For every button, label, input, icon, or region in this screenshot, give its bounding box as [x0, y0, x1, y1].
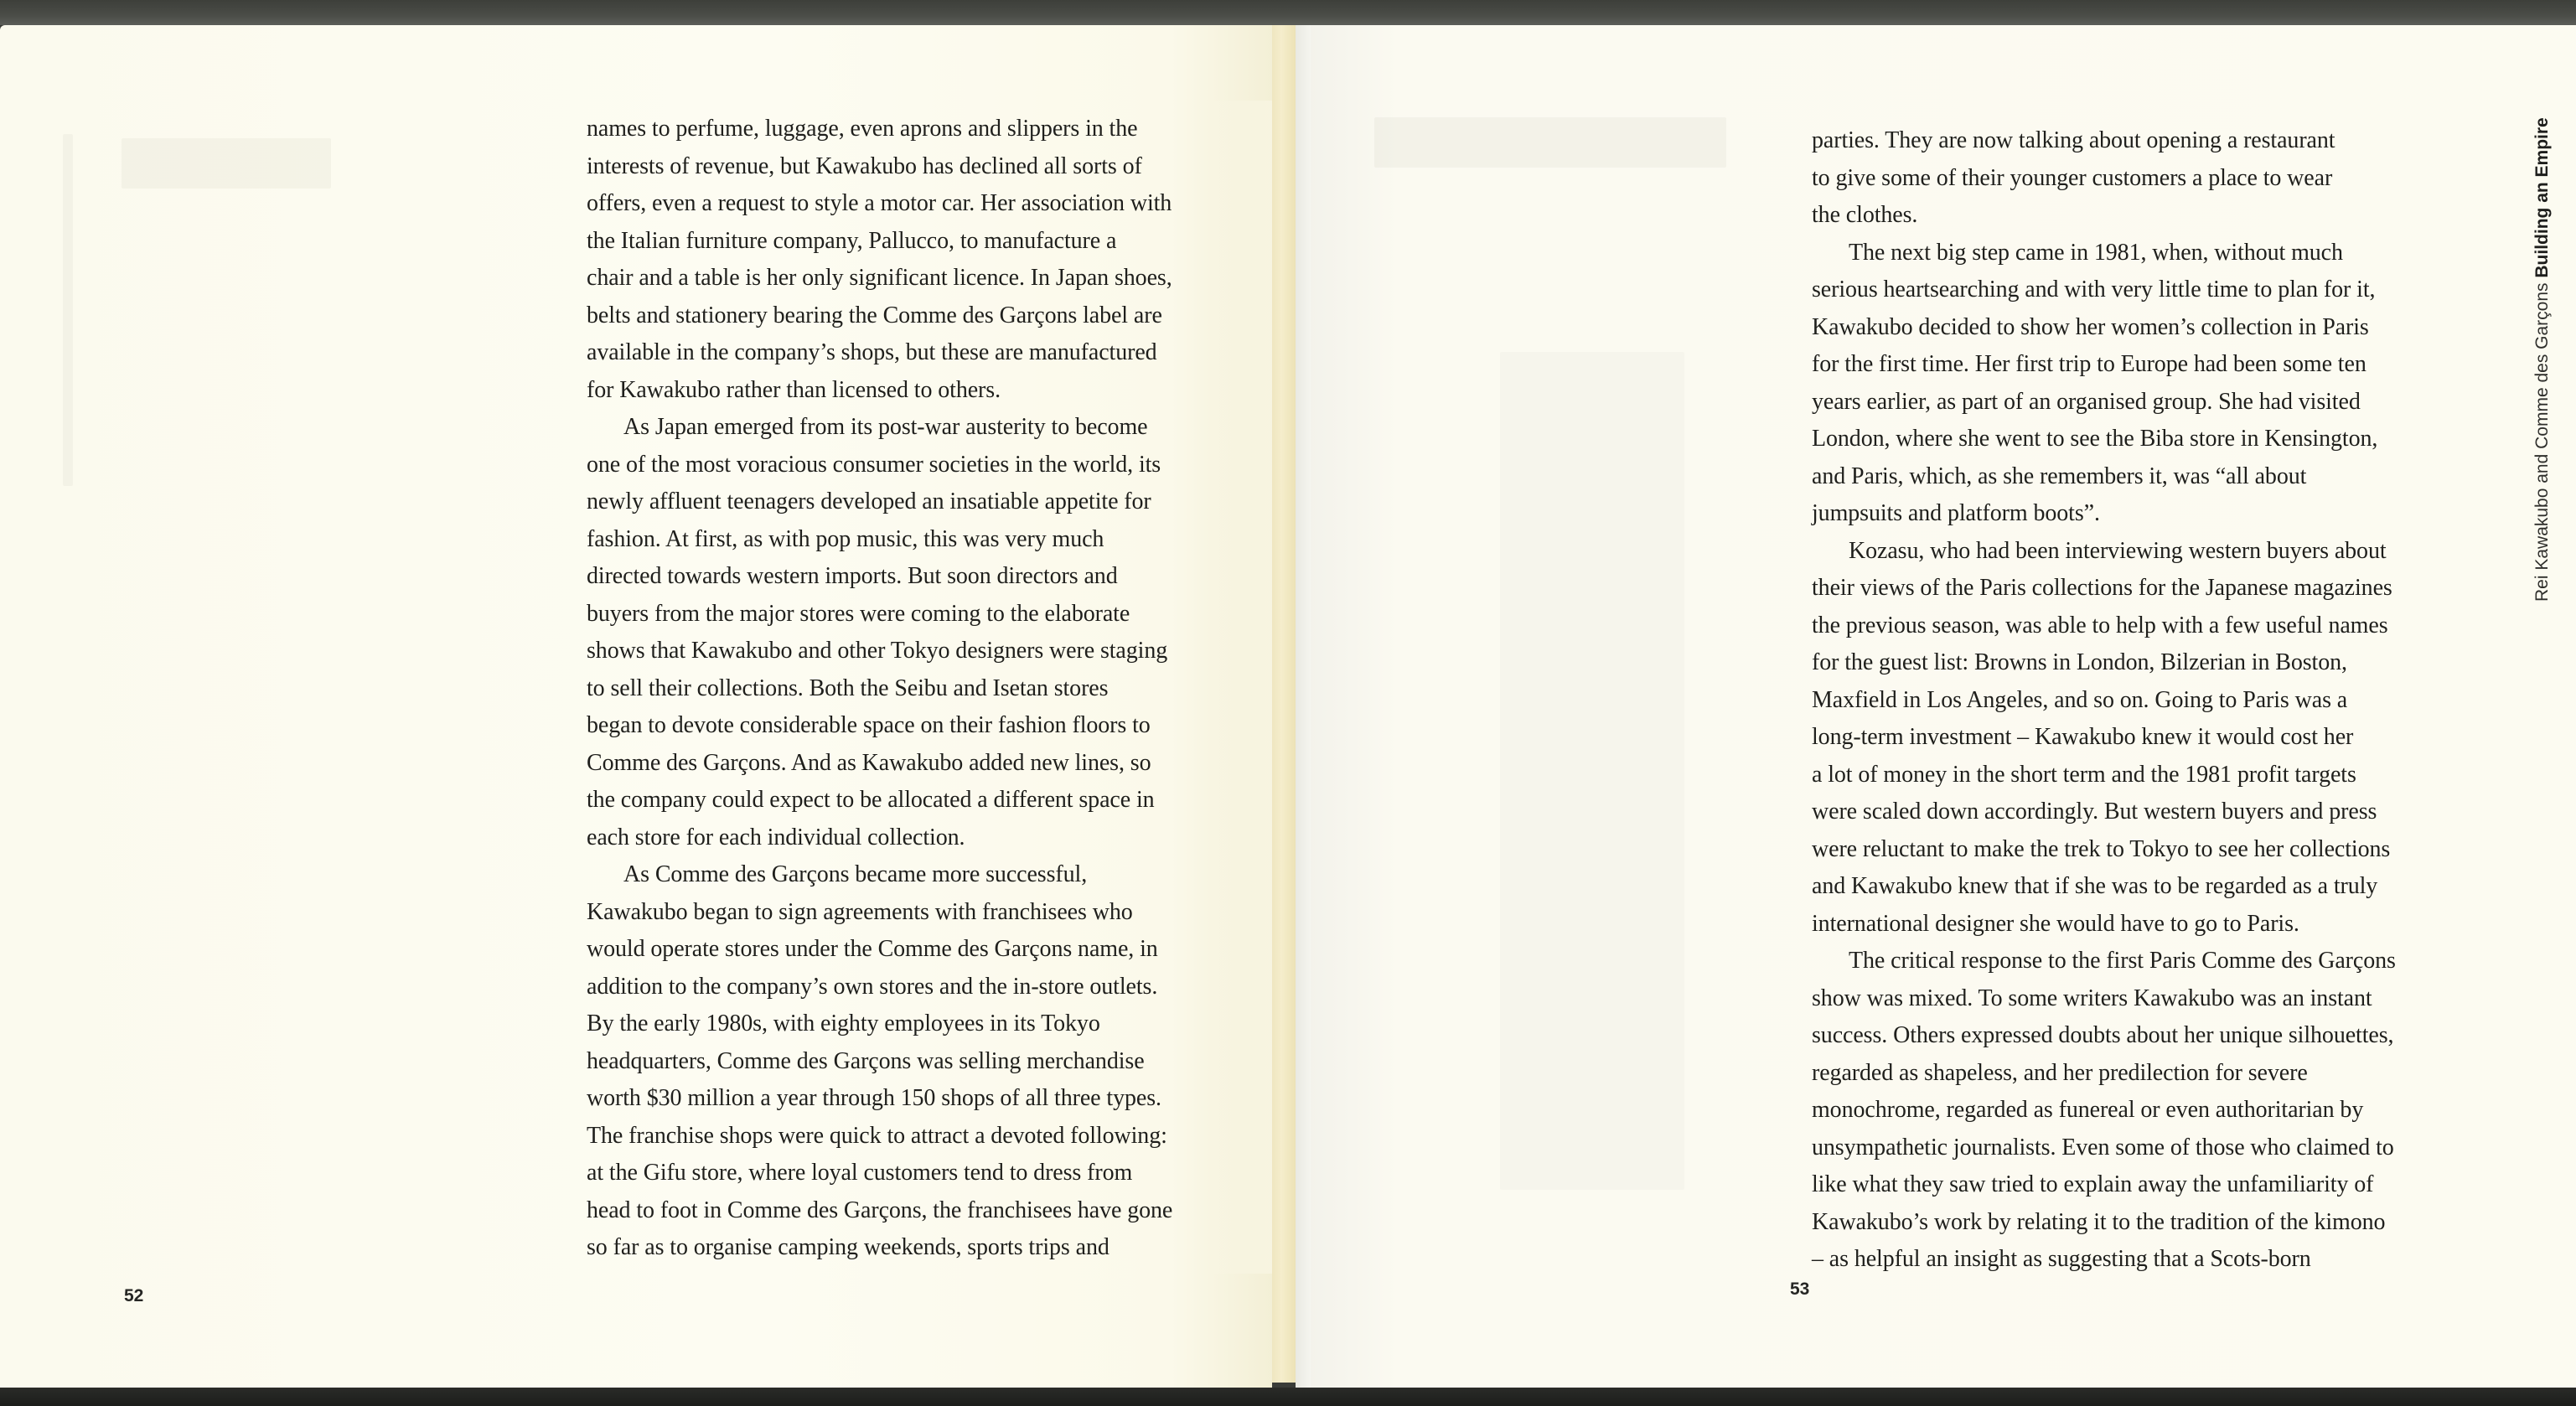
- text-line: Kawakubo began to sign agreements with f…: [587, 894, 1274, 932]
- text-line: As Japan emerged from its post-war auste…: [587, 409, 1274, 447]
- text-line: monochrome, regarded as funereal or even…: [1812, 1092, 2482, 1129]
- text-line: each store for each individual collectio…: [587, 819, 1274, 857]
- text-line: success. Others expressed doubts about h…: [1812, 1017, 2482, 1055]
- text-line: directed towards western imports. But so…: [587, 558, 1274, 596]
- show-through-mark: [1374, 117, 1726, 168]
- show-through-mark: [63, 134, 73, 486]
- text-line: at the Gifu store, where loyal customers…: [587, 1155, 1274, 1192]
- show-through-mark: [122, 138, 331, 189]
- text-line: shows that Kawakubo and other Tokyo desi…: [587, 633, 1274, 670]
- text-line: chair and a table is her only significan…: [587, 260, 1274, 297]
- text-line: like what they saw tried to explain away…: [1812, 1166, 2482, 1204]
- text-line: names to perfume, luggage, even aprons a…: [587, 111, 1274, 148]
- running-head: Rei Kawakubo and Comme des Garçons Build…: [2532, 117, 2553, 602]
- text-line: As Comme des Garçons became more success…: [587, 856, 1274, 894]
- text-line: began to devote considerable space on th…: [587, 707, 1274, 745]
- text-line: for the guest list: Browns in London, Bi…: [1812, 644, 2482, 682]
- text-line: jumpsuits and platform boots”.: [1812, 495, 2482, 533]
- text-line: Maxfield in Los Angeles, and so on. Goin…: [1812, 682, 2482, 720]
- text-line: buyers from the major stores were coming…: [587, 596, 1274, 633]
- text-line: regarded as shapeless, and her predilect…: [1812, 1055, 2482, 1093]
- text-line: The next big step came in 1981, when, wi…: [1812, 235, 2482, 272]
- running-head-book-title: Rei Kawakubo and Comme des Garçons: [2532, 282, 2552, 602]
- text-line: for Kawakubo rather than licensed to oth…: [587, 372, 1274, 410]
- text-line: years earlier, as part of an organised g…: [1812, 384, 2482, 421]
- text-line: newly affluent teenagers developed an in…: [587, 483, 1274, 521]
- book-spine-gutter: [1272, 25, 1296, 1383]
- text-line: show was mixed. To some writers Kawakubo…: [1812, 980, 2482, 1018]
- text-line: the company could expect to be allocated…: [587, 782, 1274, 819]
- text-line: the clothes.: [1812, 197, 2482, 235]
- text-line: available in the company’s shops, but th…: [587, 334, 1274, 372]
- text-line: and Paris, which, as she remembers it, w…: [1812, 458, 2482, 496]
- text-line: international designer she would have to…: [1812, 906, 2482, 943]
- text-line: and Kawakubo knew that if she was to be …: [1812, 868, 2482, 906]
- page-number-right: 53: [1790, 1279, 1809, 1300]
- text-line: headquarters, Comme des Garçons was sell…: [587, 1043, 1274, 1081]
- text-line: their views of the Paris collections for…: [1812, 570, 2482, 607]
- text-line: Kawakubo’s work by relating it to the tr…: [1812, 1204, 2482, 1242]
- text-line: interests of revenue, but Kawakubo has d…: [587, 148, 1274, 186]
- text-line: London, where she went to see the Biba s…: [1812, 421, 2482, 458]
- text-line: – as helpful an insight as suggesting th…: [1812, 1241, 2482, 1279]
- text-line: The franchise shops were quick to attrac…: [587, 1118, 1274, 1155]
- scanner-bottom-edge: [0, 1388, 2576, 1406]
- text-line: fashion. At first, as with pop music, th…: [587, 521, 1274, 559]
- text-line: serious heartsearching and with very lit…: [1812, 271, 2482, 309]
- text-line: to give some of their younger customers …: [1812, 160, 2482, 198]
- text-line: the previous season, was able to help wi…: [1812, 607, 2482, 645]
- text-line: one of the most voracious consumer socie…: [587, 447, 1274, 484]
- text-line: worth $30 million a year through 150 sho…: [587, 1080, 1274, 1118]
- text-line: By the early 1980s, with eighty employee…: [587, 1005, 1274, 1043]
- show-through-mark: [1500, 352, 1684, 1190]
- page-number-left: 52: [124, 1286, 143, 1306]
- gutter-shadow: [1296, 25, 1311, 1388]
- text-line: parties. They are now talking about open…: [1812, 122, 2482, 160]
- text-line: addition to the company’s own stores and…: [587, 969, 1274, 1006]
- book-spread-scan: names to perfume, luggage, even aprons a…: [0, 0, 2576, 1406]
- left-page-body-text: names to perfume, luggage, even aprons a…: [587, 111, 1274, 1267]
- text-line: unsympathetic journalists. Even some of …: [1812, 1129, 2482, 1167]
- text-line: the Italian furniture company, Pallucco,…: [587, 223, 1274, 261]
- text-line: a lot of money in the short term and the…: [1812, 757, 2482, 794]
- text-line: offers, even a request to style a motor …: [587, 185, 1274, 223]
- text-line: head to foot in Comme des Garçons, the f…: [587, 1192, 1274, 1230]
- text-line: The critical response to the first Paris…: [1812, 943, 2482, 980]
- text-line: so far as to organise camping weekends, …: [587, 1229, 1274, 1267]
- running-head-chapter-title: Building an Empire: [2532, 117, 2552, 277]
- text-line: Kozasu, who had been interviewing wester…: [1812, 533, 2482, 571]
- text-line: were scaled down accordingly. But wester…: [1812, 793, 2482, 831]
- text-line: for the first time. Her first trip to Eu…: [1812, 346, 2482, 384]
- text-line: Comme des Garçons. And as Kawakubo added…: [587, 745, 1274, 783]
- text-line: were reluctant to make the trek to Tokyo…: [1812, 831, 2482, 869]
- text-line: would operate stores under the Comme des…: [587, 931, 1274, 969]
- text-line: belts and stationery bearing the Comme d…: [587, 297, 1274, 335]
- text-line: long-term investment – Kawakubo knew it …: [1812, 719, 2482, 757]
- text-line: to sell their collections. Both the Seib…: [587, 670, 1274, 708]
- right-page-body-text: parties. They are now talking about open…: [1812, 122, 2482, 1279]
- text-line: Kawakubo decided to show her women’s col…: [1812, 309, 2482, 347]
- scanner-top-edge: [0, 0, 2576, 25]
